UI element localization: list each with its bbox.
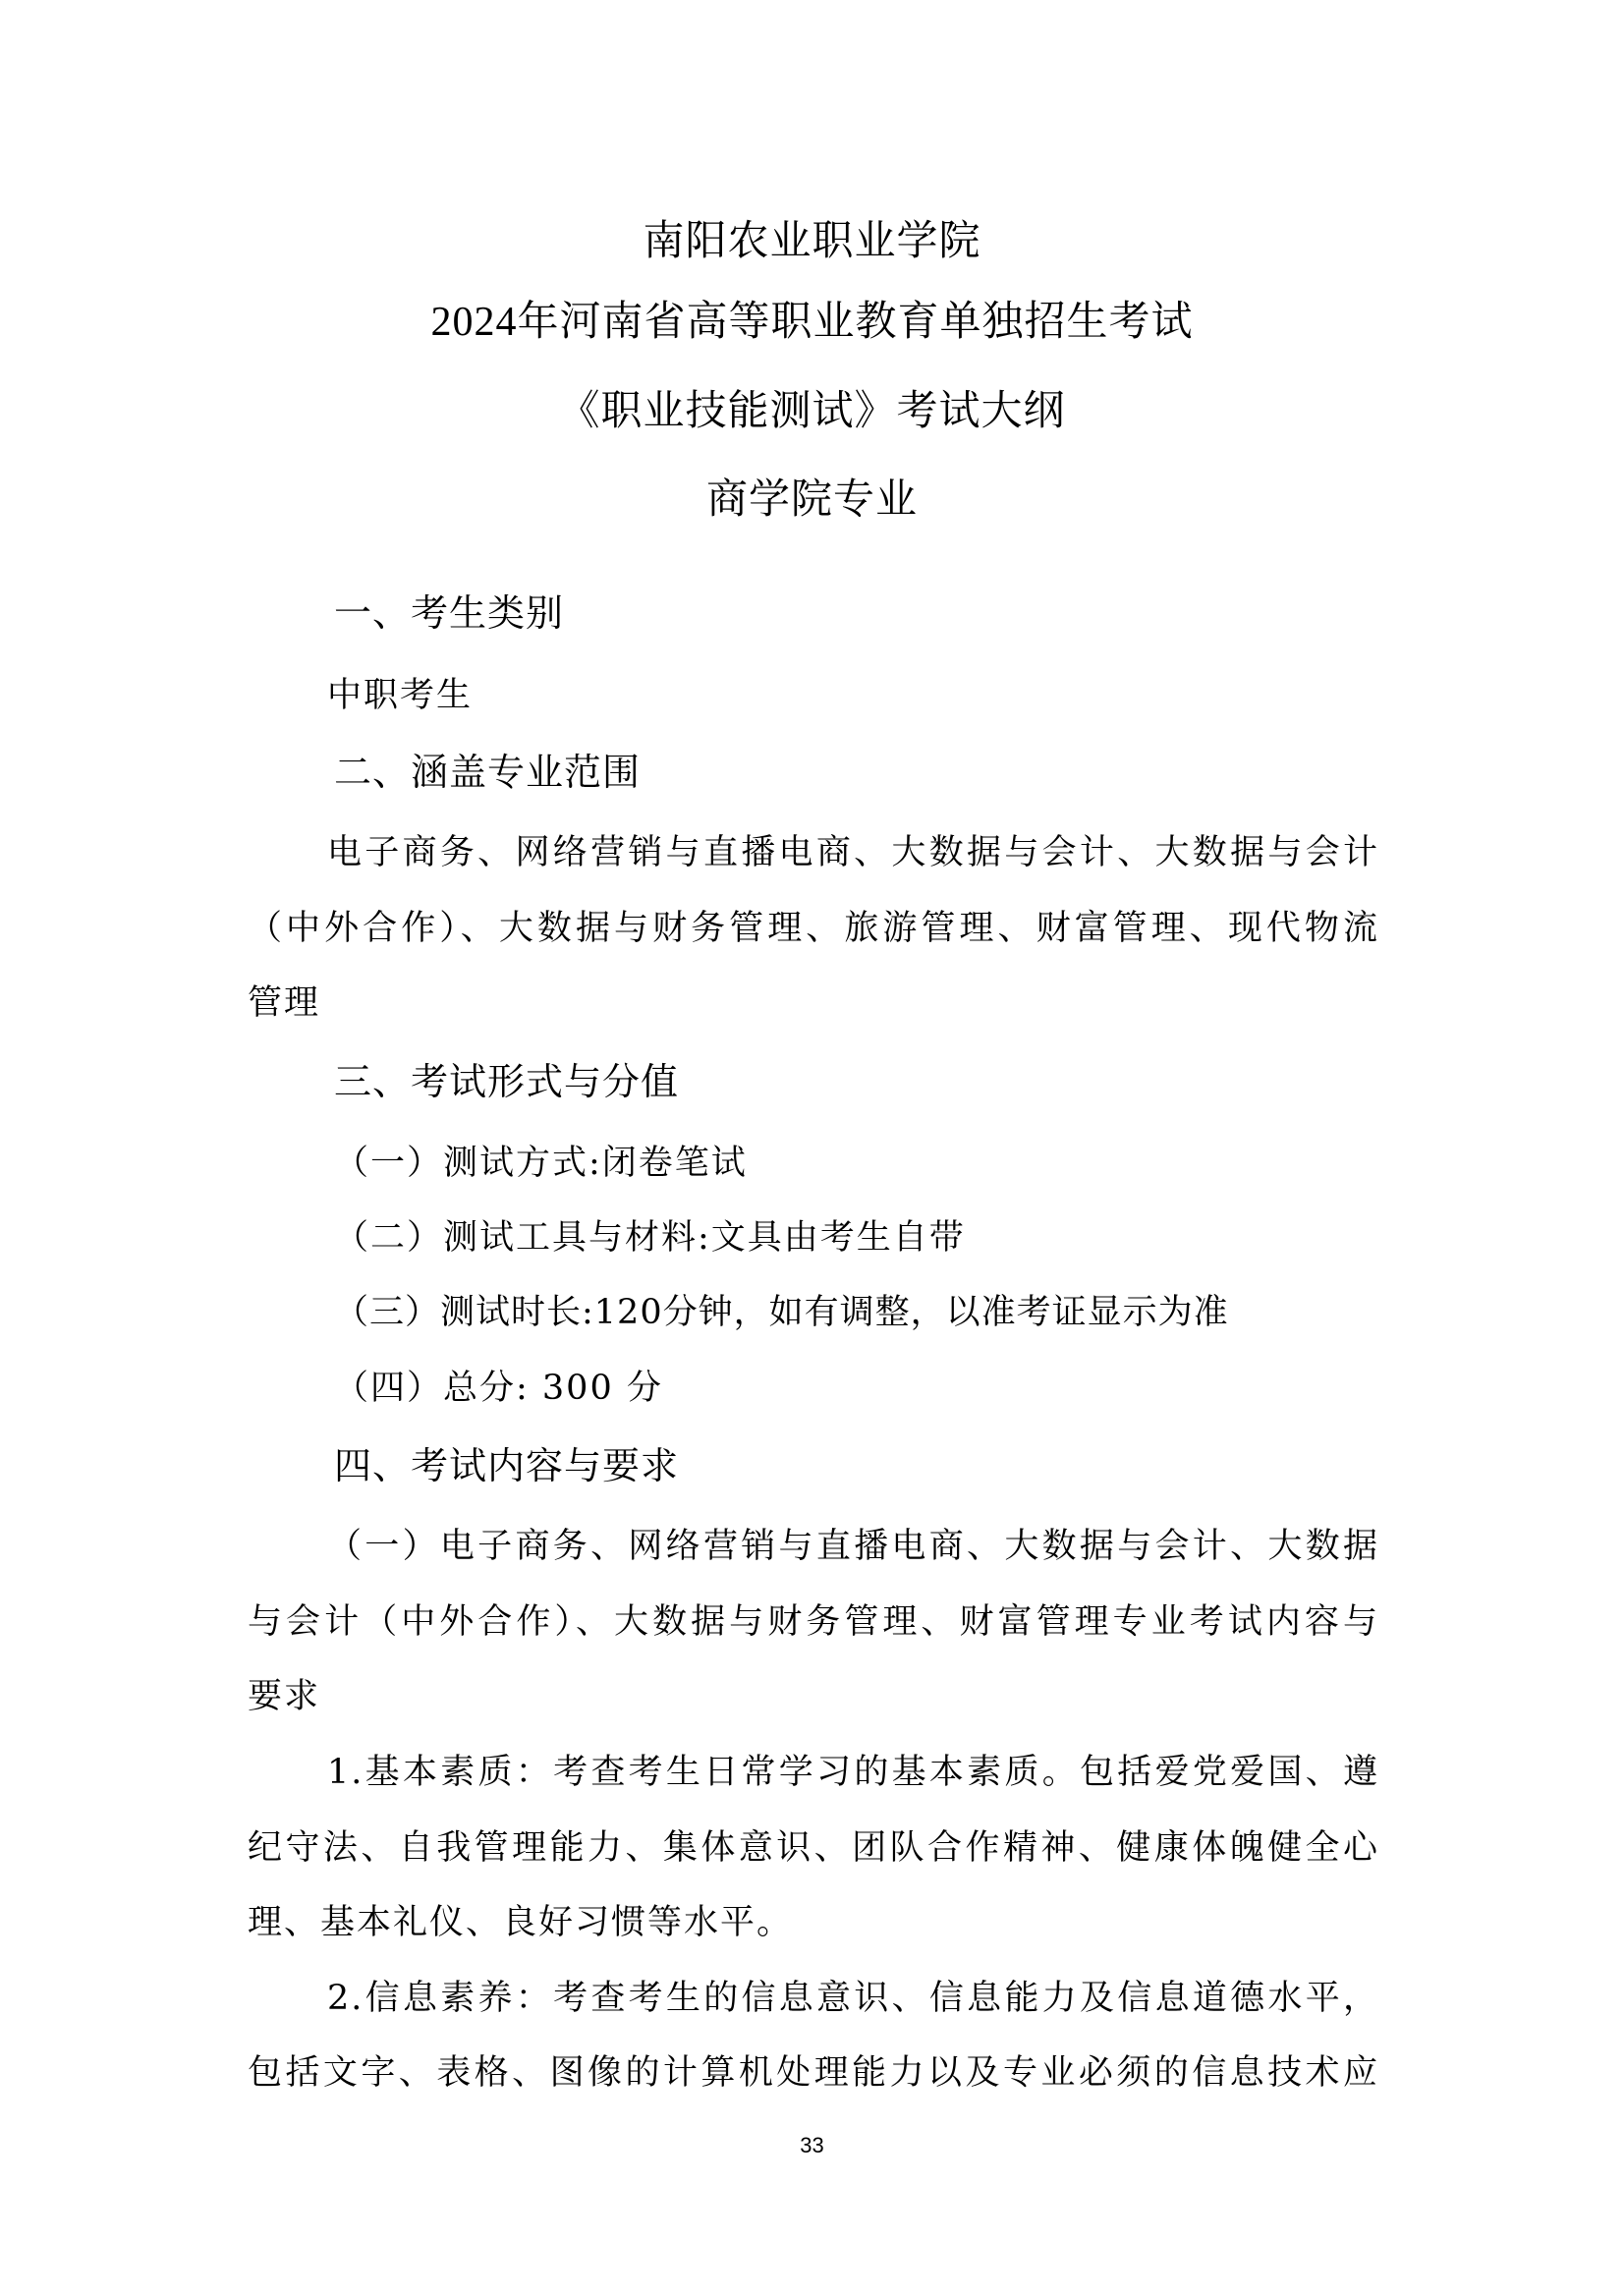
majors-line-2: （中外合作）、大数据与财务管理、旅游管理、财富管理、现代物流 — [248, 906, 1379, 951]
item-2-line-2: 包括文字、表格、图像的计算机处理能力以及专业必须的信息技术应 — [248, 2050, 1379, 2096]
subsection-1-line-3: 要求 — [248, 1674, 1379, 1719]
exam-format-duration: （三）测试时长:120分钟，如有调整，以准考证显示为准 — [334, 1290, 1466, 1335]
document-page: 南阳农业职业学院 2024年河南省高等职业教育单独招生考试 《职业技能测试》考试… — [0, 0, 1624, 2296]
page-number: 33 — [0, 2132, 1624, 2159]
section-heading-exam-format: 三、考试形式与分值 — [334, 1058, 679, 1105]
subsection-1-line-1: （一）电子商务、网络营销与直播电商、大数据与会计、大数据 — [327, 1524, 1379, 1569]
majors-line-3: 管理 — [248, 980, 1379, 1026]
title-year: 2024 — [430, 300, 517, 345]
title-exam-rest: 年河南省高等职业教育单独招生考试 — [517, 297, 1193, 345]
item-1-line-2: 纪守法、自我管理能力、集体意识、团队合作精神、健康体魄健全心 — [248, 1825, 1379, 1871]
exam-format-materials: （二）测试工具与材料:文具由考生自带 — [334, 1215, 1466, 1260]
title-institution: 南阳农业职业学院 — [0, 215, 1624, 266]
item-1-line-3: 理、基本礼仪、良好习惯等水平。 — [248, 1900, 1379, 1945]
item-1-line-1: 1.基本素质：考查考生日常学习的基本素质。包括爱党爱国、遵 — [327, 1750, 1379, 1795]
title-department: 商学院专业 — [0, 474, 1624, 525]
title-syllabus: 《职业技能测试》考试大纲 — [0, 385, 1624, 436]
majors-line-1: 电子商务、网络营销与直播电商、大数据与会计、大数据与会计 — [327, 830, 1379, 875]
section-heading-exam-content: 四、考试内容与要求 — [334, 1442, 679, 1489]
title-exam-name: 2024年河南省高等职业教育单独招生考试 — [0, 296, 1624, 348]
exam-format-method: （一）测试方式:闭卷笔试 — [334, 1141, 1466, 1186]
subsection-1-line-2: 与会计（中外合作）、大数据与财务管理、财富管理专业考试内容与 — [248, 1599, 1379, 1645]
candidate-type-text: 中职考生 — [327, 673, 1459, 718]
section-heading-majors: 二、涵盖专业范围 — [334, 749, 641, 796]
section-heading-candidate-type: 一、考生类别 — [334, 589, 564, 637]
exam-format-total-score: （四）总分: 300 分 — [334, 1366, 1466, 1411]
item-2-line-1: 2.信息素养：考查考生的信息意识、信息能力及信息道德水平， — [327, 1976, 1379, 2021]
